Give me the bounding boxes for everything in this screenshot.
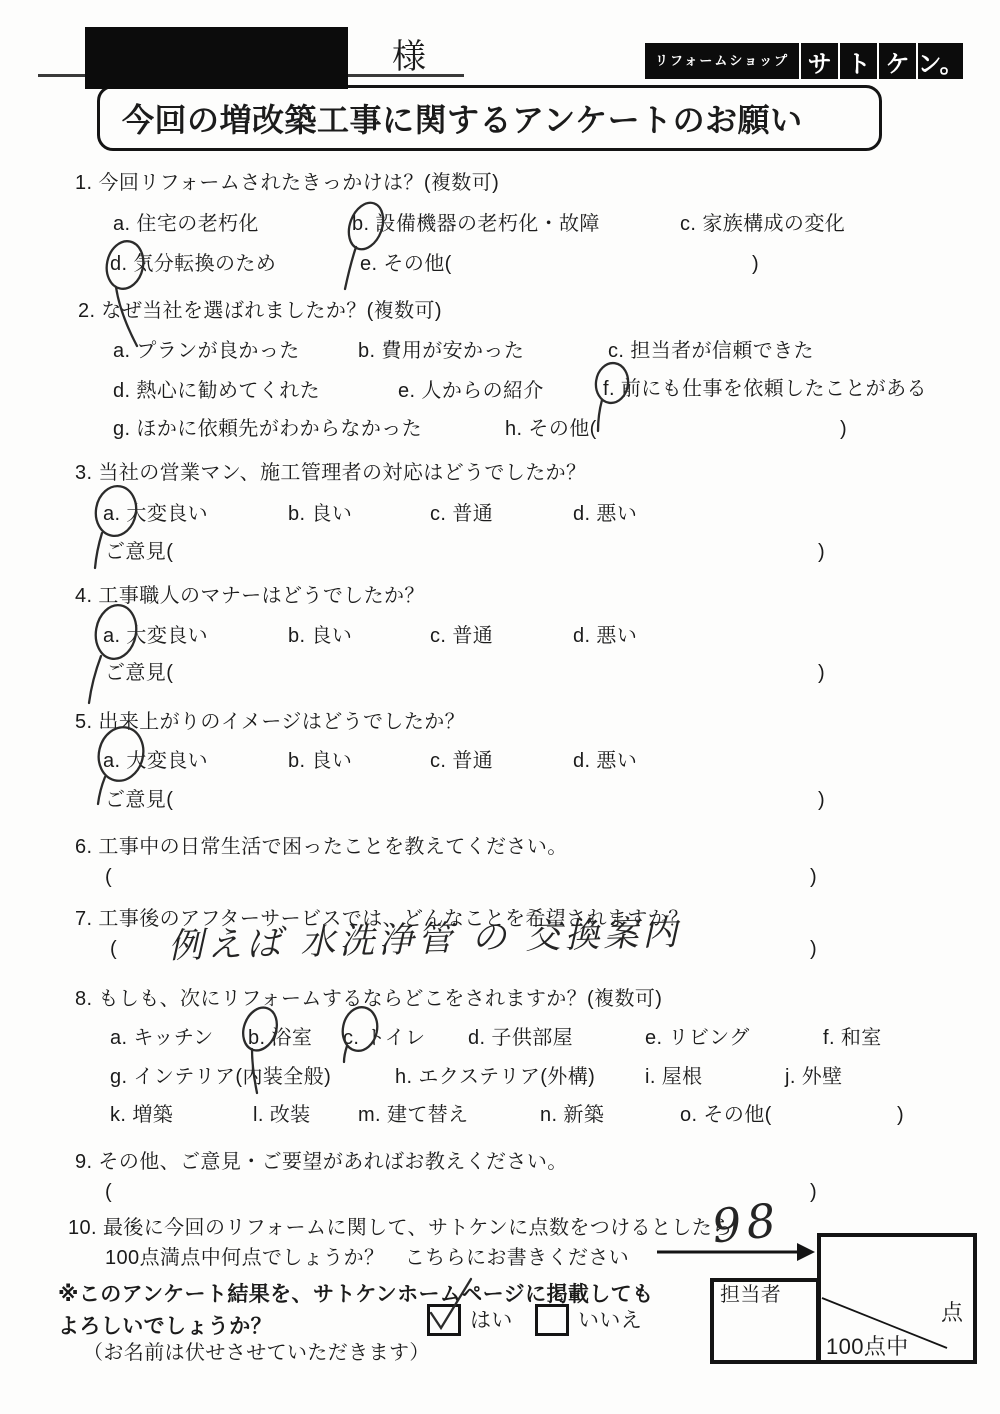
title-box: 今回の増改築工事に関するアンケートのお願い (97, 85, 882, 151)
q4-option-b: b. 良い (288, 625, 352, 648)
q1-option-d: d. 気分転換のため (110, 253, 276, 276)
q4-comment-close-paren: ) (818, 662, 825, 685)
q2-option-e: e. 人からの紹介 (398, 380, 544, 403)
no-checkbox (535, 1304, 569, 1336)
question-4-heading: 4. 工事職人のマナーはどうでしたか？ (75, 585, 425, 608)
q8-option-i: i. 屋根 (645, 1066, 703, 1089)
q8-option-l: l. 改装 (253, 1104, 311, 1127)
circle-mark-q4-a (89, 602, 140, 703)
q7-open-paren: ( (110, 938, 117, 961)
q2-option-d: d. 熱心に勧めてくれた (113, 380, 320, 403)
question-6-heading: 6. 工事中の日常生活で困ったことを教えてください。 (75, 836, 568, 859)
q8-option-m: m. 建て替え (358, 1104, 469, 1127)
q2-option-h-other: h. その他( (505, 418, 597, 441)
q8-option-a: a. キッチン (110, 1027, 214, 1050)
q5-option-a: a. 大変良い (103, 750, 208, 773)
score-arrow-head (797, 1243, 815, 1261)
q8-option-k: k. 増築 (110, 1104, 173, 1127)
logo-char-box: ト (840, 43, 877, 79)
q8-option-j: j. 外壁 (785, 1066, 843, 1089)
question-8-heading: 8. もしも、次にリフォームするならどこをされますか？(複数可) (75, 988, 662, 1011)
logo-char-box: サ (801, 43, 838, 79)
q6-close-paren: ) (810, 866, 817, 889)
q3-comment-close-paren: ) (818, 541, 825, 564)
q5-comment-label: ご意見( (105, 789, 173, 812)
q3-option-d: d. 悪い (573, 503, 637, 526)
question-9-heading: 9. その他、ご意見・ご要望があればお教えください。 (75, 1151, 568, 1174)
survey-scan-page: 様 リフォームショップ サ ト ケ ン。 今回の増改築工事に関するアンケートのお… (0, 0, 1000, 1414)
q9-open-paren: ( (105, 1181, 112, 1204)
yes-checkbox (427, 1304, 461, 1336)
logo-prefix-label: リフォームショップ (645, 43, 799, 79)
score-denominator-label: 100点中 (826, 1334, 909, 1359)
q5-option-b: b. 良い (288, 750, 352, 773)
satoken-logo: リフォームショップ サ ト ケ ン。 (645, 43, 963, 79)
question-5-heading: 5. 出来上がりのイメージはどうでしたか？ (75, 711, 465, 734)
q7-close-paren: ) (810, 938, 817, 961)
q3-option-c: c. 普通 (430, 503, 493, 526)
q2-option-b: b. 費用が安かった (358, 340, 524, 363)
q1-option-b: b. 設備機器の老朽化・故障 (352, 213, 600, 236)
q3-option-a: a. 大変良い (103, 503, 208, 526)
question-3-heading: 3. 当社の営業マン、施工管理者の対応はどうでしたか？ (75, 462, 586, 485)
q2-other-close-paren: ) (840, 418, 847, 441)
q6-open-paren: ( (105, 866, 112, 889)
q2-option-g: g. ほかに依頼先がわからなかった (113, 418, 422, 441)
score-unit-label: 点 (941, 1300, 963, 1325)
logo-char-box: ン。 (918, 43, 963, 79)
question-2-heading: 2. なぜ当社を選ばれましたか？(複数可) (78, 300, 442, 323)
q8-option-e: e. リビング (645, 1027, 750, 1050)
q2-option-f: f. 前にも仕事を依頼したことがある (603, 378, 927, 401)
q4-option-c: c. 普通 (430, 625, 493, 648)
q1-other-close-paren: ) (752, 253, 759, 276)
staff-box-label: 担当者 (720, 1284, 781, 1307)
q8-option-f: f. 和室 (823, 1027, 882, 1050)
q8-option-n: n. 新築 (540, 1104, 604, 1127)
q5-option-d: d. 悪い (573, 750, 637, 773)
q3-comment-label: ご意見( (105, 541, 173, 564)
q4-option-d: d. 悪い (573, 625, 637, 648)
q2-option-a: a. プランが良かった (113, 340, 300, 363)
question-10-heading-line1: 10. 最後に今回のリフォームに関して、サトケンに点数をつけるとしたら (68, 1217, 733, 1240)
logo-char-box: ケ (879, 43, 916, 79)
publish-note-line2: よろしいでしょうか？ (58, 1315, 272, 1339)
q1-option-a: a. 住宅の老朽化 (113, 213, 259, 236)
q10-handwritten-score: 98 (709, 1193, 783, 1254)
no-checkbox-label: いいえ (578, 1309, 642, 1333)
question-10-heading-line2: 100点満点中何点でしょうか？ こちらにお書きください (105, 1247, 629, 1270)
q8-option-o-other: o. その他( (680, 1104, 772, 1127)
anonymity-note: （お名前は伏せさせていただきます） (83, 1342, 430, 1365)
q8-other-close-paren: ) (897, 1104, 904, 1127)
yes-checkbox-label: はい (470, 1309, 513, 1333)
q1-option-c: c. 家族構成の変化 (680, 213, 845, 236)
q5-option-c: c. 普通 (430, 750, 493, 773)
q1-option-e-other: e. その他( (360, 253, 452, 276)
q8-option-g: g. インテリア(内装全般) (110, 1066, 331, 1089)
q9-close-paren: ) (810, 1181, 817, 1204)
recipient-suffix: 様 (392, 38, 426, 77)
redacted-name-box (85, 27, 348, 89)
question-1-heading: 1. 今回リフォームされたきっかけは？(複数可) (75, 172, 499, 195)
q3-option-b: b. 良い (288, 503, 352, 526)
q8-option-c: c. トイレ (343, 1027, 426, 1050)
q8-option-b: b. 浴室 (248, 1027, 312, 1050)
page-title: 今回の増改築工事に関するアンケートのお願い (122, 95, 803, 141)
q8-option-d: d. 子供部屋 (468, 1027, 573, 1050)
q4-option-a: a. 大変良い (103, 625, 208, 648)
q8-option-h: h. エクステリア(外構) (395, 1066, 595, 1089)
q2-option-c: c. 担当者が信頼できた (608, 340, 814, 363)
q5-comment-close-paren: ) (818, 789, 825, 812)
q4-comment-label: ご意見( (105, 662, 173, 685)
